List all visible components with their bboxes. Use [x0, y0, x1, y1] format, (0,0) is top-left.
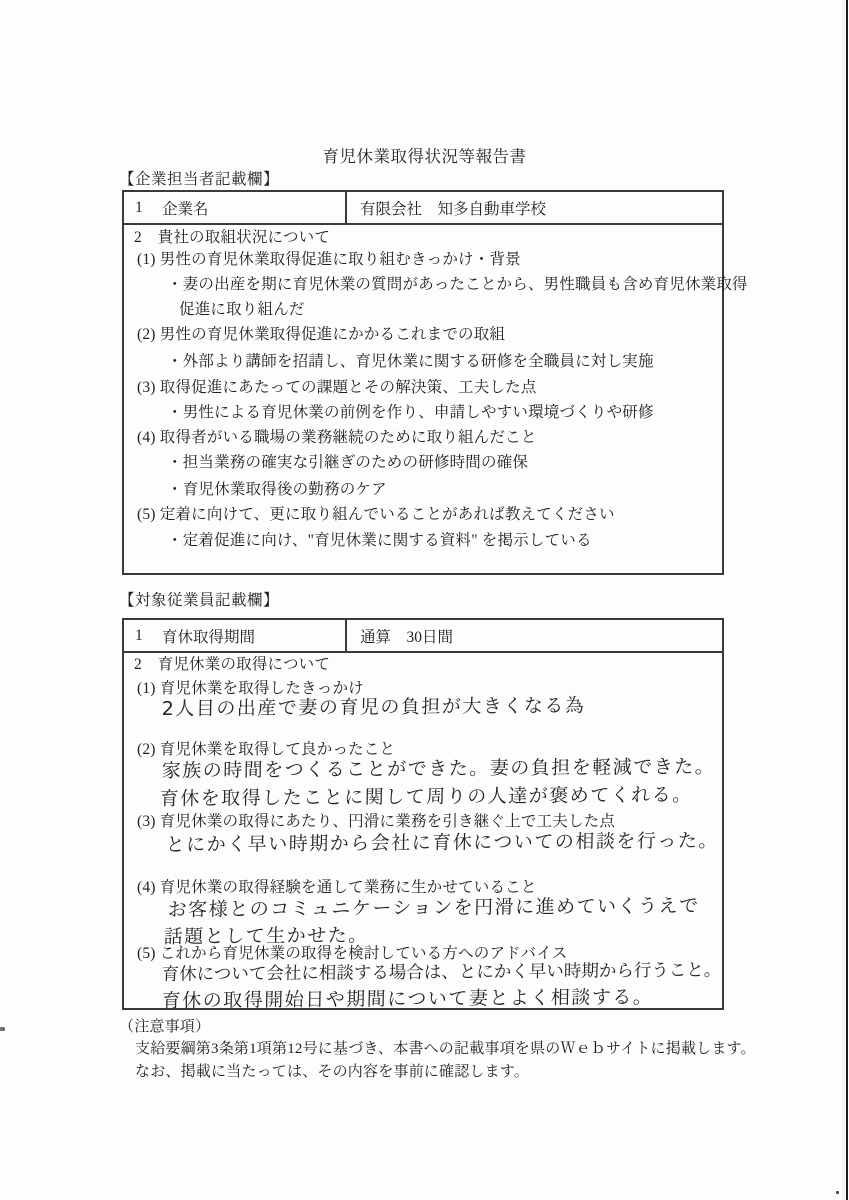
employee-leave-heading: 2 育児休業の取得について — [134, 655, 330, 675]
employee-q3-handwritten-answer: とにかく早い時期から会社に育休についての相談を行った。 — [166, 826, 720, 857]
scan-speck — [0, 1027, 5, 1031]
employee-table-body: 2 育児休業の取得について (1) 育児休業を取得したきっかけ 2人目の出産で妻… — [124, 653, 722, 1008]
company-table: 1 企業名 有限会社 知多自動車学校 2 貴社の取組状況について (1) 男性の… — [122, 190, 724, 575]
notes-line-2: なお、掲載に当たっては、その内容を事前に確認します。 — [135, 1060, 529, 1081]
company-q4-label: (4) 取得者がいる職場の業務継続のために取り組んだこと — [137, 428, 537, 448]
employee-section-header: 【対象従業員記載欄】 — [119, 588, 279, 610]
company-name-row: 1 企業名 有限会社 知多自動車学校 — [124, 192, 722, 225]
company-q4-answer-line-2: ・育児休業取得後の勤務のケア — [167, 480, 387, 500]
employee-table: 1 育休取得期間 通算 30日間 2 育児休業の取得について (1) 育児休業を… — [122, 618, 724, 1010]
company-q5-label: (5) 定着に向けて、更に取り組んでいることがあれば教えてください — [137, 505, 615, 525]
scan-edge-artifact — [846, 0, 848, 1200]
company-q4-answer-line-1: ・担当業務の確実な引継ぎのための研修時間の確保 — [167, 453, 528, 473]
employee-q5-handwritten-line-2: 育休の取得開始日や期間について妻とよく相談する。 — [162, 982, 654, 1013]
company-q2-label: (2) 男性の育児休業取得促進にかかるこれまでの取組 — [137, 325, 505, 345]
leave-period-value: 通算 30日間 — [360, 625, 453, 647]
employee-q4-handwritten-line-1: お客様とのコミュニケーションを円滑に進めていくうえで — [168, 891, 700, 922]
scanned-report-page: 育児休業取得状況等報告書 【企業担当者記載欄】 1 企業名 有限会社 知多自動車… — [0, 0, 849, 1200]
company-status-heading: 2 貴社の取組状況について — [134, 228, 330, 248]
employee-q2-handwritten-line-2: 育休を取得したことに関して周りの人達が褒めてくれる。 — [160, 780, 693, 811]
scan-speck — [836, 1191, 839, 1194]
leave-period-row: 1 育休取得期間 通算 30日間 — [124, 620, 722, 653]
company-table-body: 2 貴社の取組状況について (1) 男性の育児休業取得促進に取り組むきっかけ・背… — [124, 225, 722, 573]
company-name-value-cell: 有限会社 知多自動車学校 — [347, 192, 722, 223]
notes-line-1: 支給要綱第3条第1項第12号に基づき、本書への記載事項を県のＷｅｂサイトに掲載し… — [135, 1037, 756, 1058]
company-name-label-cell: 1 企業名 — [124, 192, 347, 223]
company-q1-answer-line-2: 促進に取り組んだ — [179, 300, 305, 320]
company-q1-label: (1) 男性の育児休業取得促進に取り組むきっかけ・背景 — [137, 250, 521, 270]
employee-q1-handwritten-answer: 2人目の出産で妻の育児の負担が大きくなる為 — [162, 691, 586, 721]
company-section-header: 【企業担当者記載欄】 — [119, 167, 279, 189]
company-q3-answer-line-1: ・男性による育児休業の前例を作り、申請しやすい環境づくりや研修 — [167, 403, 654, 423]
company-q2-answer-line-1: ・外部より講師を招請し、育児休業に関する研修を全職員に対し実施 — [167, 352, 654, 372]
leave-period-value-cell: 通算 30日間 — [347, 620, 722, 651]
leave-period-label: 育休取得期間 — [162, 625, 255, 647]
report-title: 育児休業取得状況等報告書 — [0, 143, 849, 167]
company-name-value: 有限会社 知多自動車学校 — [360, 197, 546, 219]
leave-period-label-cell: 1 育休取得期間 — [124, 620, 347, 651]
employee-row-number: 1 — [135, 627, 162, 645]
company-q5-answer-line-1: ・定着促進に向け、"育児休業に関する資料" を掲示している — [167, 531, 592, 551]
company-q1-answer-line-1: ・妻の出産を期に育児休業の質問があったことから、男性職員も含め育児休業取得 — [167, 275, 748, 295]
employee-q2-handwritten-line-1: 家族の時間をつくることができた。妻の負担を軽減できた。 — [162, 752, 716, 783]
notes-header: （注意事項） — [119, 1015, 210, 1036]
company-name-label: 企業名 — [162, 197, 209, 219]
company-row-number: 1 — [135, 199, 162, 217]
company-q3-label: (3) 取得促進にあたっての課題とその解決策、工夫した点 — [137, 378, 537, 398]
